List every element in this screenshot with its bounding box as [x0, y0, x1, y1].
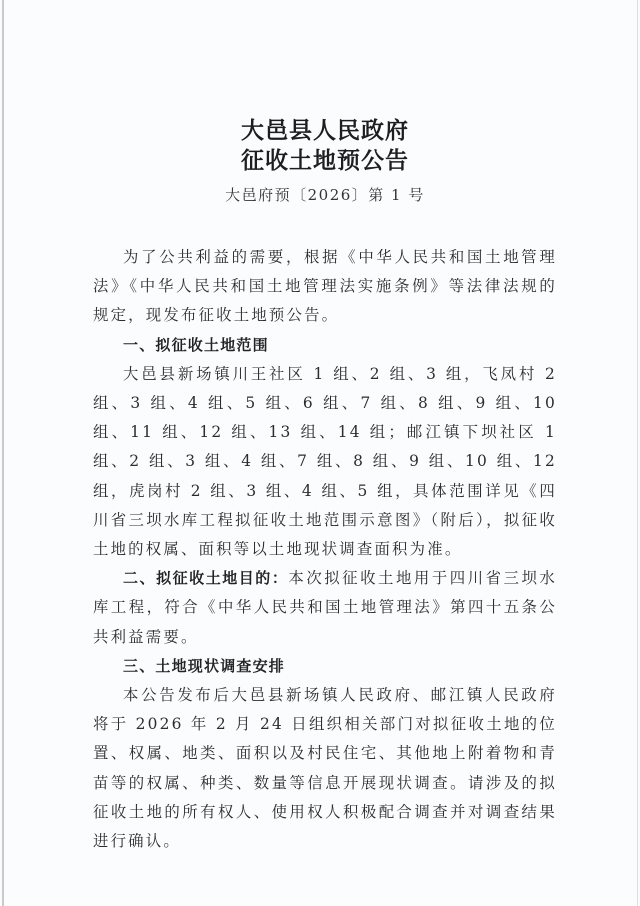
document-number: 大邑府预〔2026〕第 1 号	[93, 184, 557, 205]
scan-edge-left	[2, 0, 4, 906]
intro-paragraph: 为了公共利益的需要，根据《中华人民共和国土地管理法》《中华人民共和国土地管理法实…	[93, 243, 557, 331]
document-title-line2: 征收土地预公告	[93, 146, 557, 176]
document-body: 为了公共利益的需要，根据《中华人民共和国土地管理法》《中华人民共和国土地管理法实…	[93, 243, 557, 856]
scan-edge-right	[637, 0, 638, 906]
section1-heading: 一、拟征收土地范围	[93, 331, 557, 360]
section3-heading: 三、土地现状调查安排	[93, 652, 557, 681]
section2-heading: 二、拟征收土地目的：	[123, 569, 288, 587]
document-title-line1: 大邑县人民政府	[93, 116, 557, 146]
section3-body: 本公告发布后大邑县新场镇人民政府、邮江镇人民政府将于 2026 年 2 月 24…	[93, 681, 557, 856]
section2-paragraph: 二、拟征收土地目的：本次拟征收土地用于四川省三坝水库工程，符合《中华人民共和国土…	[93, 564, 557, 652]
section1-body: 大邑县新场镇川王社区 1 组、2 组、3 组，飞凤村 2 组、3 组、4 组、5…	[93, 360, 557, 564]
